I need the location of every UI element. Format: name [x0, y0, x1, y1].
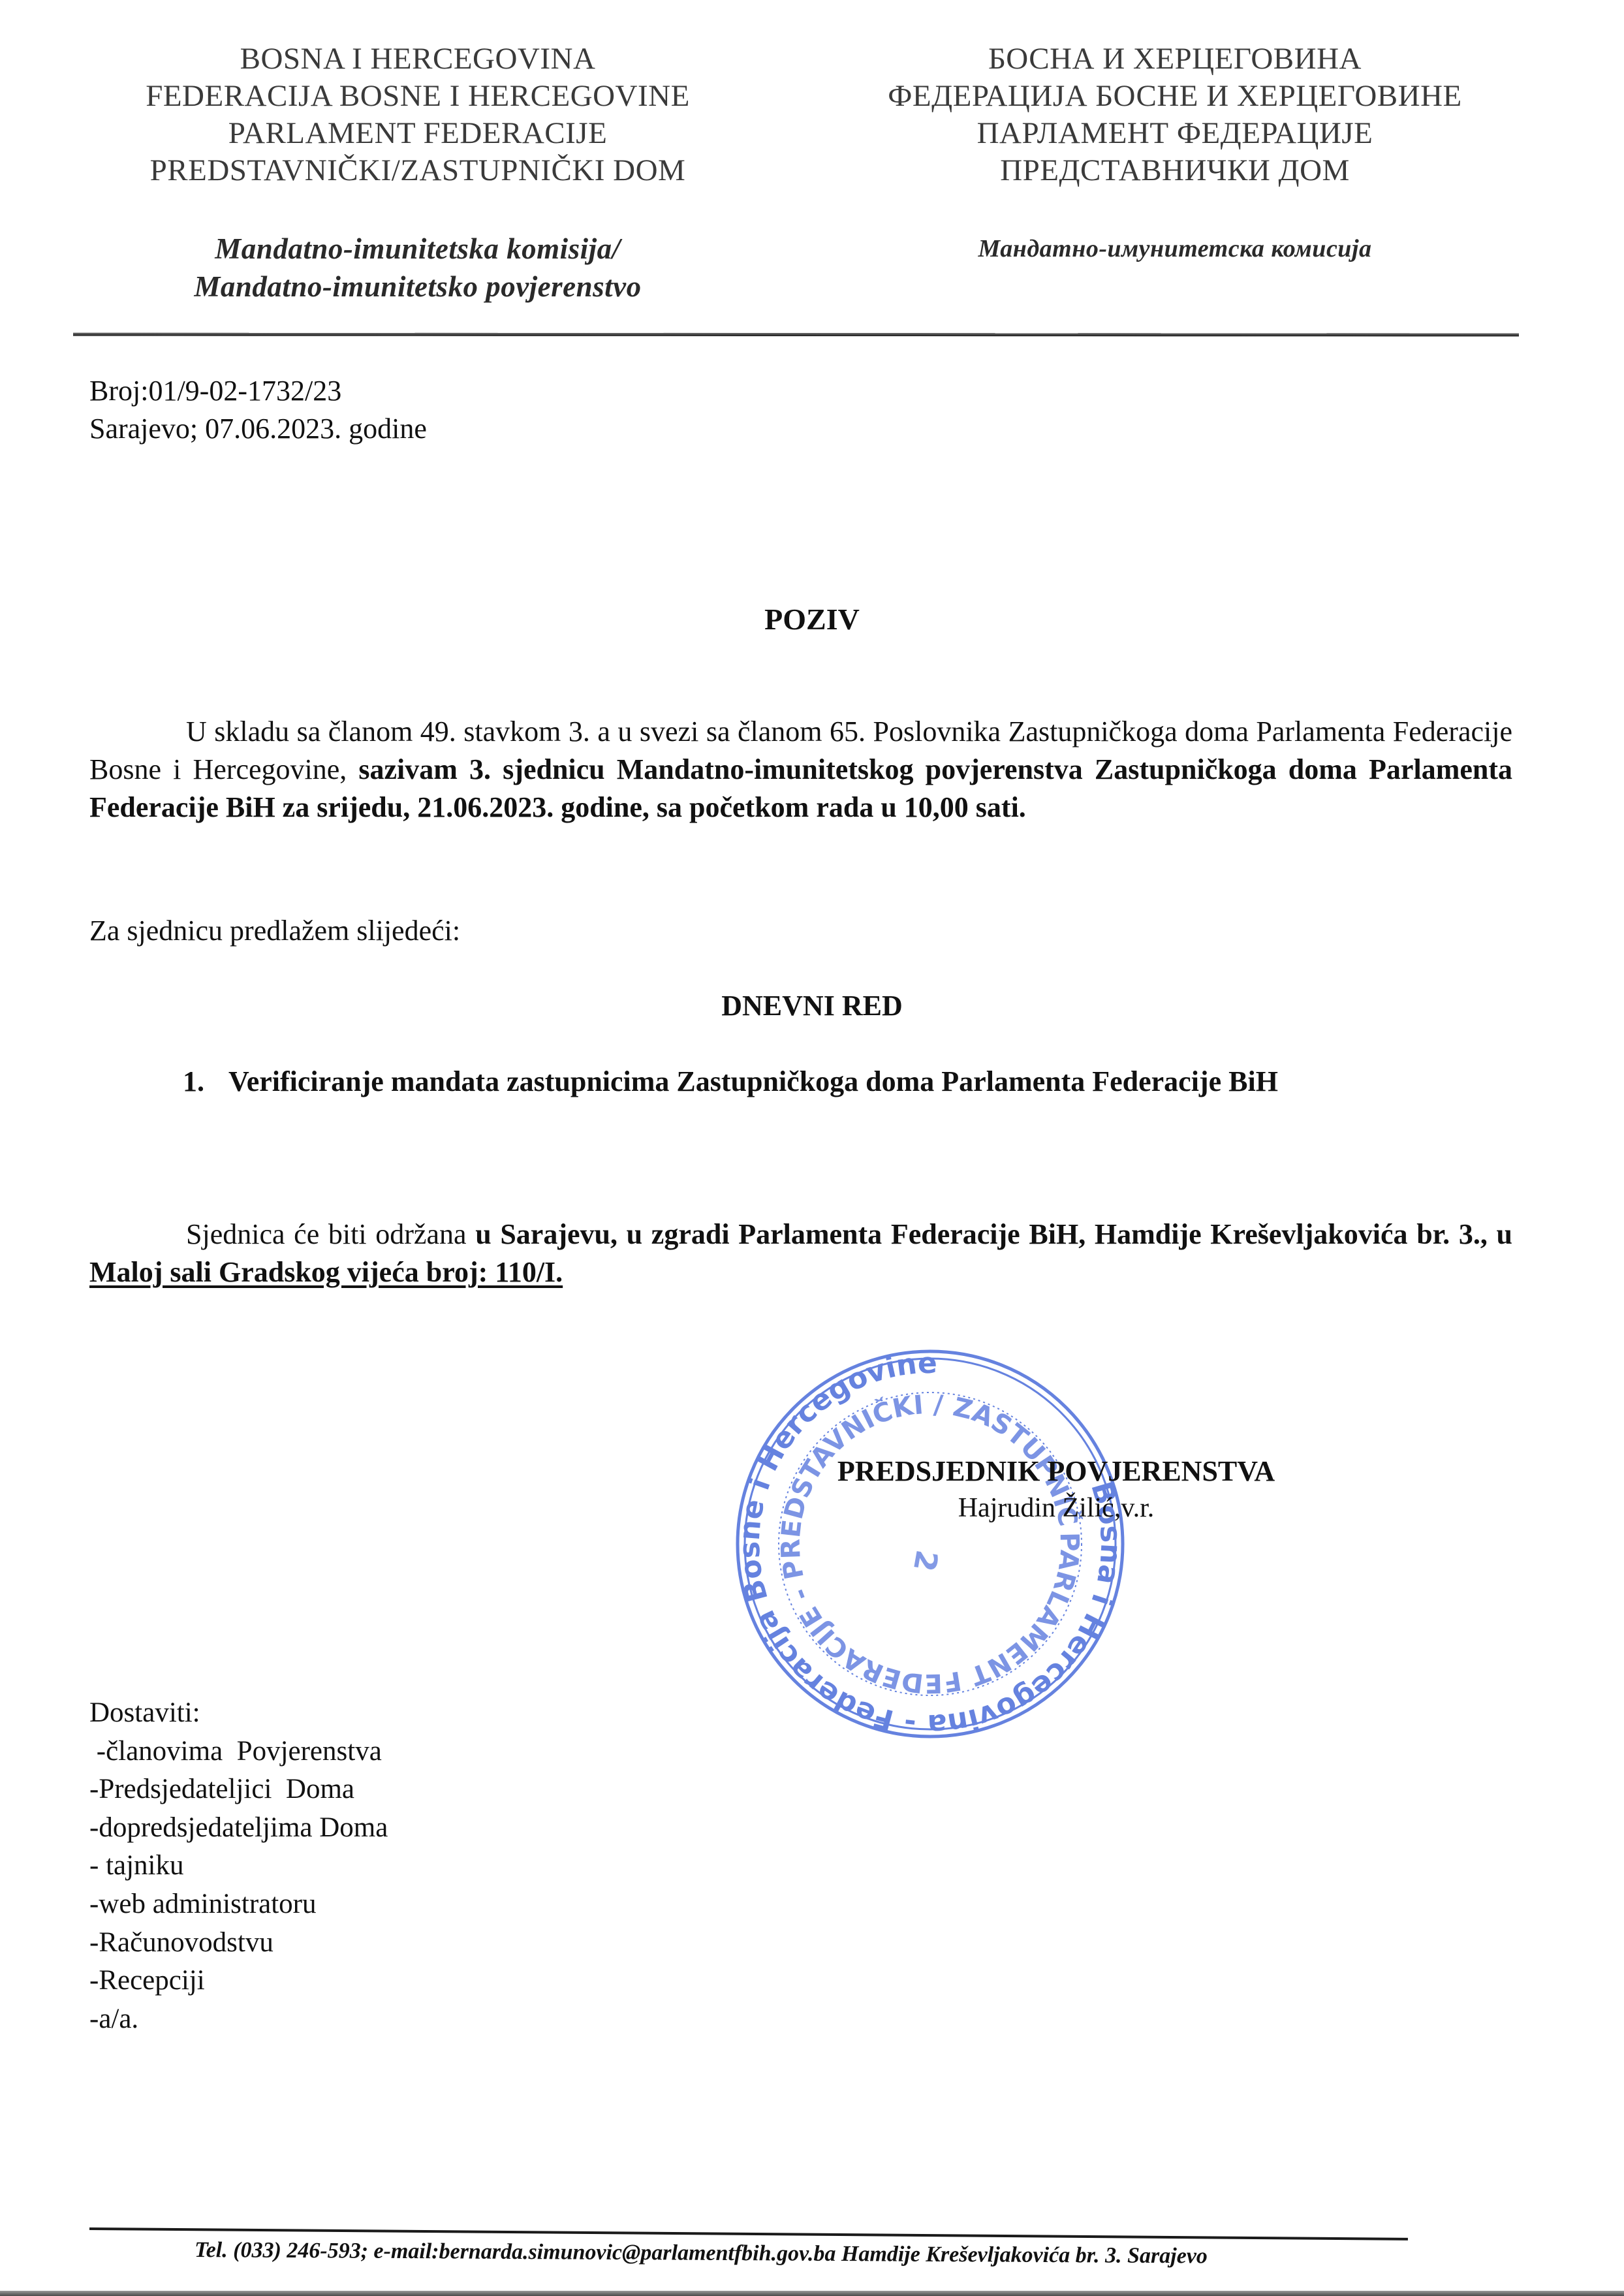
- signatory-name: Hajrudin Žilić,v.r.: [828, 1490, 1285, 1526]
- reference-block: Broj:01/9-02-1732/23 Sarajevo; 07.06.202…: [89, 372, 427, 448]
- header-line: FEDERACIJA BOSNE I HERCEGOVINE: [98, 78, 738, 115]
- location-paragraph: Sjednica će biti održana u Sarajevu, u z…: [89, 1216, 1512, 1291]
- committee-name: Мандатно-имунитетска комисија: [849, 230, 1501, 268]
- agenda-item-text: Verificiranje mandata zastupnicima Zastu…: [228, 1063, 1514, 1101]
- distribution-item: -članovima Povjerenstva: [89, 1733, 388, 1771]
- official-stamp-icon: Bosna i Hercegovina - Federacija Bosne i…: [721, 1348, 1139, 1740]
- header-divider: [73, 333, 1519, 337]
- header-line: БОСНА И ХЕРЦЕГОВИНА: [849, 40, 1501, 78]
- header-line: ПАРЛАМЕНТ ФЕДЕРАЦИЈЕ: [849, 115, 1501, 152]
- meeting-room: Maloj sali Gradskog vijeća broj: 110/I.: [89, 1256, 563, 1288]
- header-line: BOSNA I HERCEGOVINA: [98, 40, 738, 78]
- scan-edge: [0, 2291, 1624, 2296]
- agenda-title: DNEVNI RED: [0, 987, 1624, 1025]
- distribution-heading: Dostaviti:: [89, 1694, 388, 1733]
- distribution-item: -Predsjedateljici Doma: [89, 1770, 388, 1809]
- distribution-item: - tajniku: [89, 1847, 388, 1885]
- header-line: PARLAMENT FEDERACIJE: [98, 115, 738, 152]
- distribution-list: Dostaviti: -članovima Povjerenstva -Pred…: [89, 1694, 388, 2038]
- document-title: POZIV: [0, 601, 1624, 638]
- stamp-number: 2: [907, 1547, 945, 1574]
- header-line: PREDSTAVNIČKI/ZASTUPNIČKI DOM: [98, 152, 738, 189]
- header-line: ФЕДЕРАЦИЈА БОСНЕ И ХЕРЦЕГОВИНЕ: [849, 78, 1501, 115]
- distribution-item: -dopredsjedateljima Doma: [89, 1809, 388, 1848]
- agenda-list: 1. Verificiranje mandata zastupnicima Za…: [183, 1063, 1514, 1101]
- invitation-paragraph: U skladu sa članom 49. stavkom 3. a u sv…: [89, 713, 1512, 826]
- distribution-item: -web administratoru: [89, 1885, 388, 1924]
- signatory-title: PREDSJEDNIK POVJERENSTVA: [828, 1453, 1285, 1490]
- committee-name: Mandatno-imunitetsko povjerenstvo: [98, 268, 738, 306]
- place-date: Sarajevo; 07.06.2023. godine: [89, 410, 427, 448]
- agenda-item: 1. Verificiranje mandata zastupnicima Za…: [183, 1063, 1514, 1101]
- committee-name: Mandatno-imunitetska komisija/: [98, 230, 738, 268]
- footer-contact: Tel. (033) 246-593; e-mail:bernarda.simu…: [195, 2238, 1208, 2269]
- paragraph-bold-text: u Sarajevu, u zgradi Parlamenta Federaci…: [475, 1218, 1512, 1250]
- header-cyrillic: БОСНА И ХЕРЦЕГОВИНА ФЕДЕРАЦИЈА БОСНЕ И Х…: [849, 40, 1501, 268]
- header-line: ПРЕДСТАВНИЧКИ ДОМ: [849, 152, 1501, 189]
- signature-block: PREDSJEDNIK POVJERENSTVA Hajrudin Žilić,…: [828, 1453, 1285, 1526]
- reference-number: Broj:01/9-02-1732/23: [89, 372, 427, 410]
- paragraph-text: Sjednica će biti održana: [186, 1218, 475, 1250]
- proposal-line: Za sjednicu predlažem slijedeći:: [89, 912, 460, 950]
- distribution-item: -Recepciji: [89, 1962, 388, 2000]
- distribution-item: -Računovodstvu: [89, 1924, 388, 1962]
- agenda-item-number: 1.: [183, 1063, 228, 1101]
- distribution-item: -a/a.: [89, 2000, 388, 2039]
- header-latin: BOSNA I HERCEGOVINA FEDERACIJA BOSNE I H…: [98, 40, 738, 306]
